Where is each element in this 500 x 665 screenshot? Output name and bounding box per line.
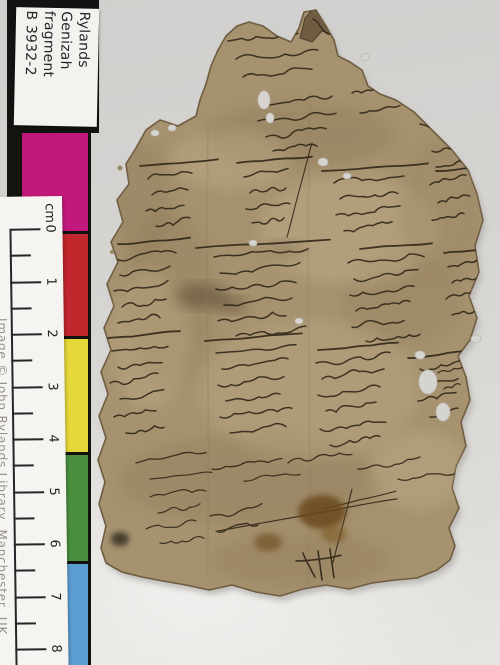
digitized-manuscript-photo: Rylands Genizah fragment B 3932-2 cm 012…: [0, 0, 500, 665]
copyright-watermark: Image © John Rylands Library, Manchester…: [0, 318, 9, 635]
manuscript-fragment: [0, 0, 500, 665]
paper-crumb: [110, 250, 114, 254]
paper-crumb: [118, 166, 123, 171]
